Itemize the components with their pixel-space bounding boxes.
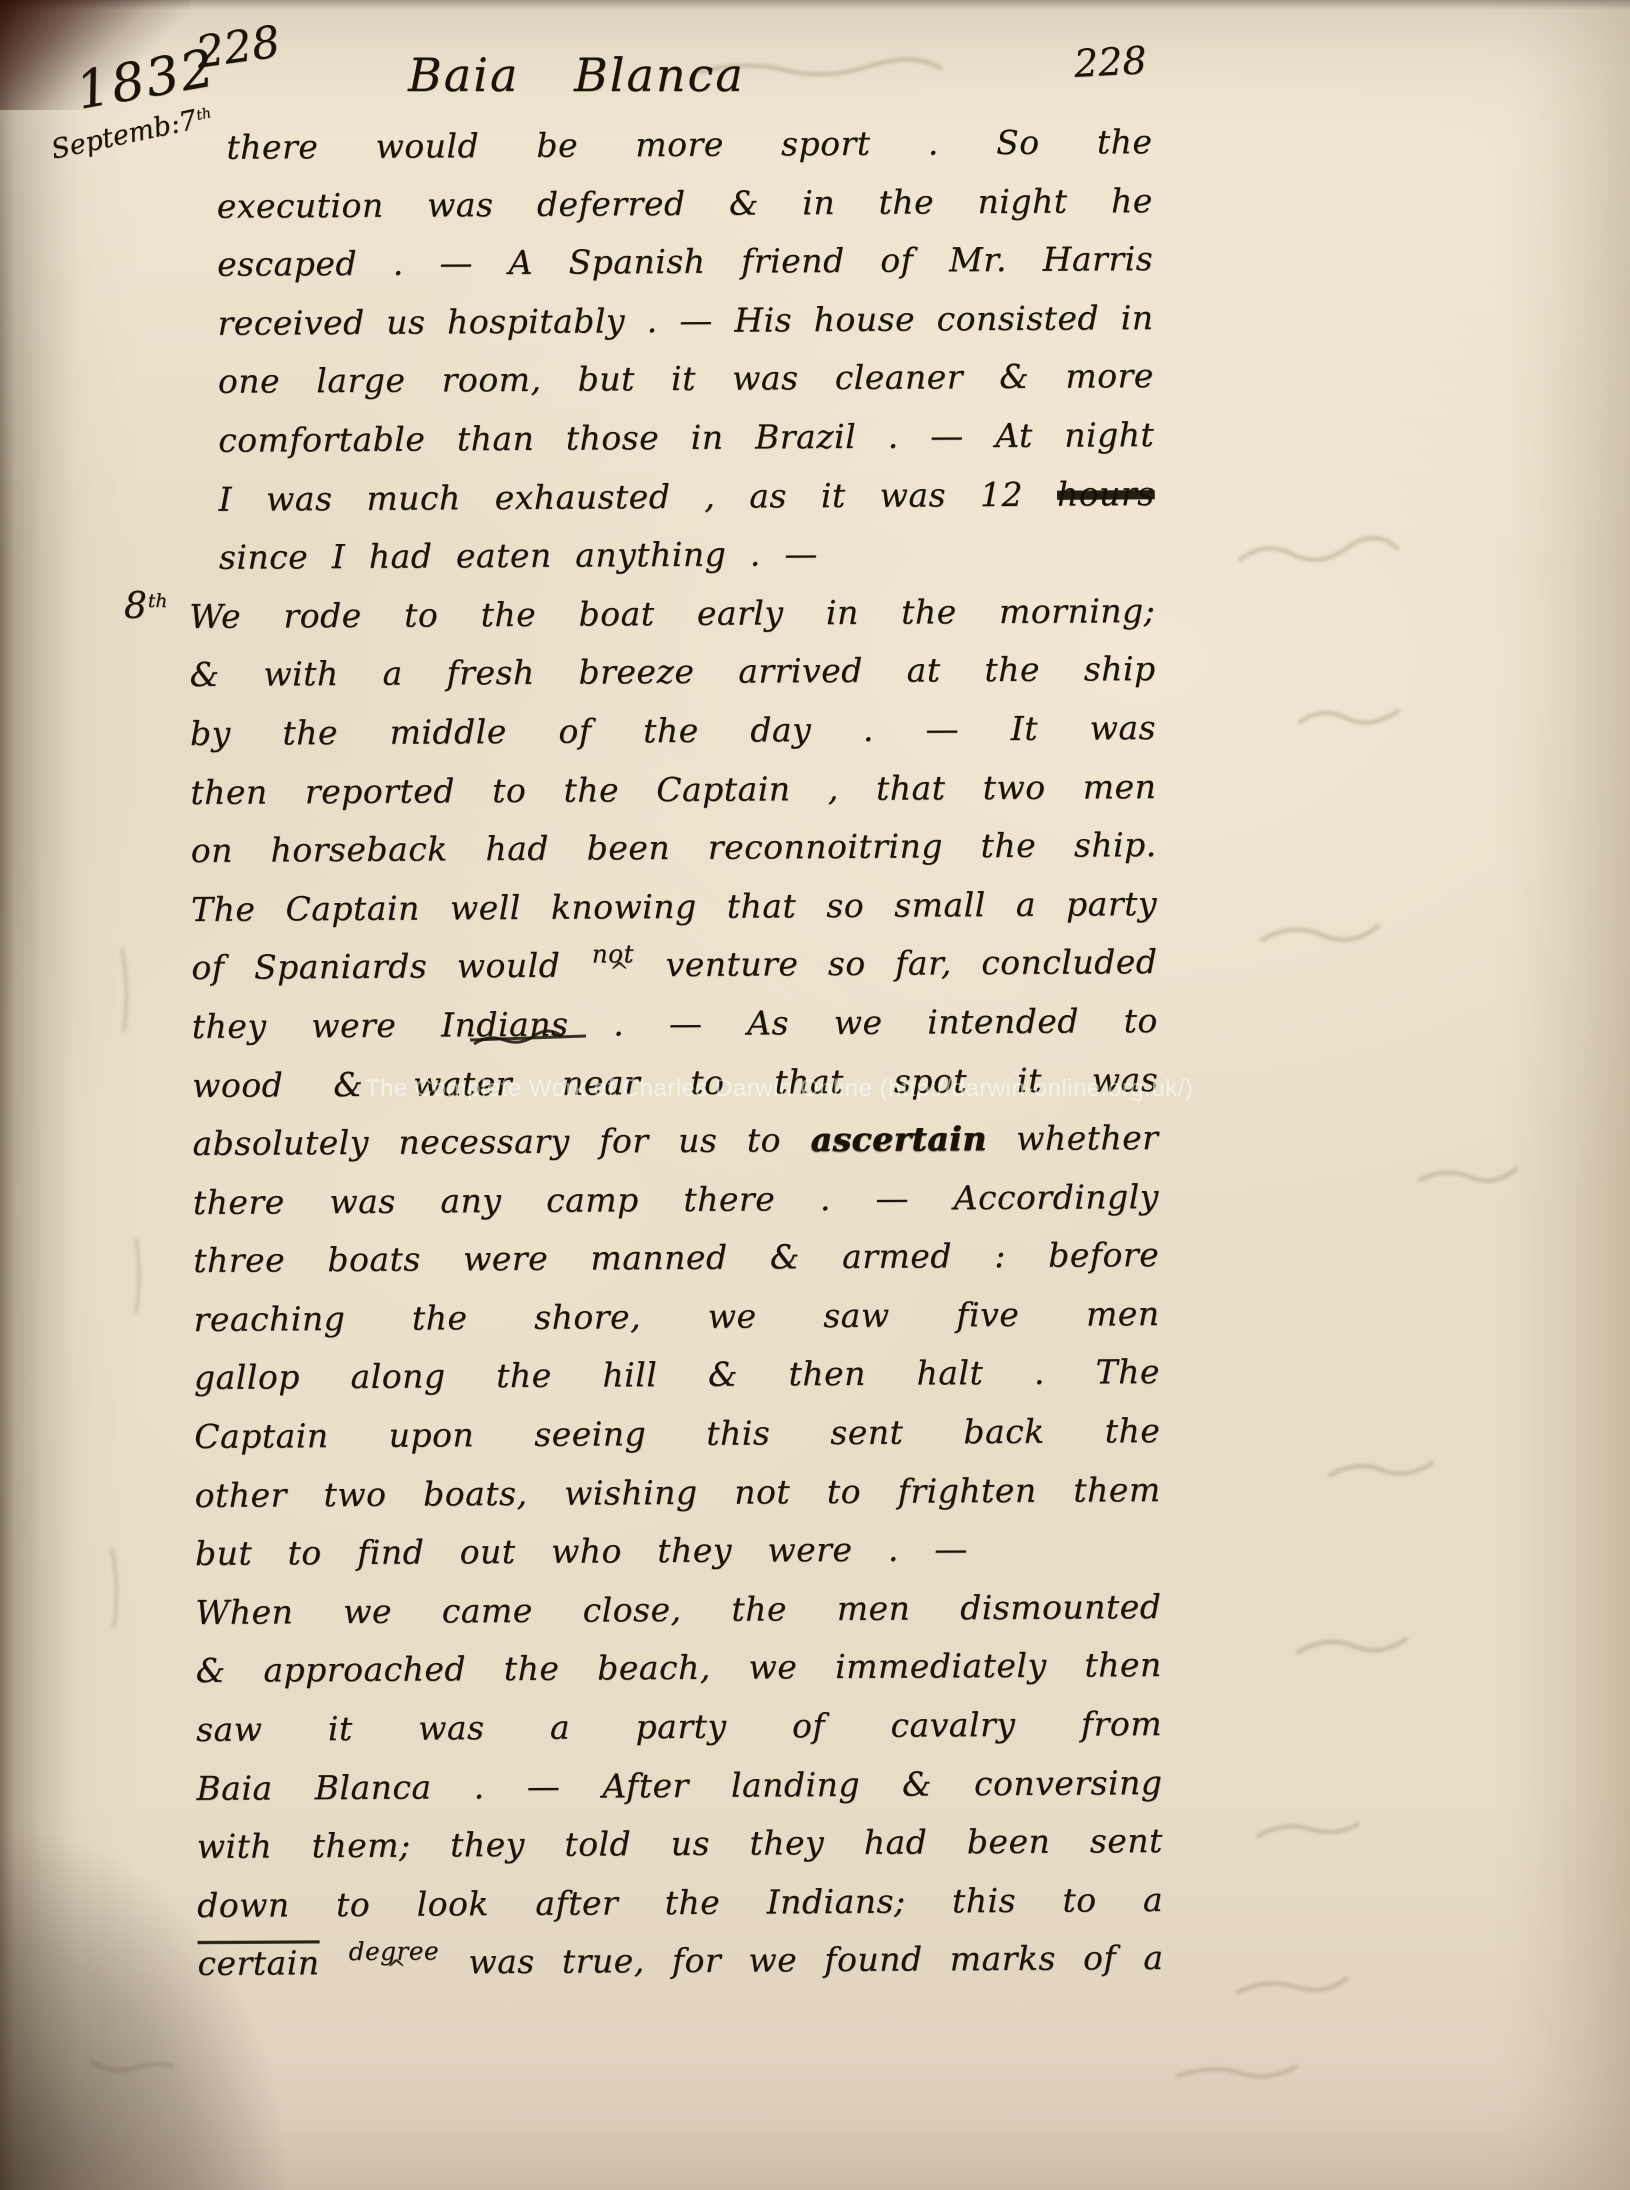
line-text: venture so far, concluded bbox=[666, 942, 1158, 984]
insertion-wrap: degree^ bbox=[347, 1943, 442, 1983]
manuscript-line: execution was deferred & in the night he bbox=[217, 172, 1153, 236]
manuscript-line: other two boats, wishing not to frighten… bbox=[195, 1461, 1161, 1525]
manuscript-line: but to find out who they were . — bbox=[195, 1520, 968, 1583]
insertion-wrap: not^ bbox=[590, 946, 637, 985]
manuscript-line: & approached the beach, we immediately t… bbox=[196, 1636, 1162, 1700]
manuscript-line: with them; they told us they had been se… bbox=[197, 1812, 1163, 1876]
manuscript-line: there was any camp there . — Accordingly bbox=[193, 1168, 1159, 1232]
manuscript-line: gallop along the hill & then halt . The bbox=[194, 1344, 1160, 1408]
caret-mark: ^ bbox=[386, 1940, 407, 1999]
margin-date-8th: 8th bbox=[124, 586, 167, 627]
manuscript-line: When we came close, the men dismounted bbox=[195, 1578, 1161, 1642]
manuscript-line: comfortable than those in Brazil . — At … bbox=[218, 406, 1154, 470]
ordinal-suffix: th bbox=[148, 591, 168, 612]
manuscript-line: saw it was a party of cavalry from bbox=[196, 1695, 1162, 1759]
manuscript-line: three boats were manned & armed : before bbox=[193, 1226, 1159, 1290]
page-edge-shadow-top bbox=[0, 0, 1630, 10]
day-number: 8 bbox=[124, 586, 147, 627]
manuscript-line: down to look after the Indians; this to … bbox=[197, 1871, 1163, 1935]
watermark: The Complete Work of Charles Darwin Onli… bbox=[365, 1075, 1193, 1103]
page-number-top-left: 228 bbox=[193, 16, 283, 78]
page-corner-shadow-top-left bbox=[0, 0, 190, 110]
page-number-top-right: 228 bbox=[1073, 38, 1148, 86]
page-corner-shadow-bottom-left bbox=[0, 1810, 300, 2190]
manuscript-line-with-insertion: of Spaniards would not^ venture so far, … bbox=[191, 933, 1157, 997]
manuscript-line: Captain upon seeing this sent back the bbox=[194, 1402, 1160, 1466]
manuscript-line: there would be more sport . So the bbox=[226, 113, 1152, 177]
line-text: of Spaniards would bbox=[191, 946, 560, 987]
caret-mark: ^ bbox=[609, 943, 630, 1002]
manuscript-line: We rode to the boat early in the morning… bbox=[189, 582, 1155, 646]
manuscript-line: one large room, but it was cleaner & mor… bbox=[218, 347, 1154, 411]
manuscript-line: & with a fresh breeze arrived at the shi… bbox=[190, 640, 1156, 704]
manuscript-line: then reported to the Captain , that two … bbox=[190, 758, 1156, 822]
manuscript-line: reaching the shore, we saw five men bbox=[193, 1285, 1159, 1349]
line-text: absolutely necessary for us to bbox=[192, 1120, 781, 1163]
manuscript-line: since I had eaten anything . — bbox=[219, 525, 818, 587]
overwritten-word: ascertain bbox=[810, 1119, 986, 1159]
manuscript-line: The Captain well knowing that so small a… bbox=[191, 875, 1157, 939]
manuscript-line-with-blot: I was much exhausted , as it was 12 hour… bbox=[218, 465, 1154, 529]
manuscript-line: escaped . — A Spanish friend of Mr. Harr… bbox=[217, 230, 1153, 294]
manuscript-line: they were Indians . — As we intended to bbox=[192, 992, 1158, 1056]
manuscript-line: on horseback had been reconnoitring the … bbox=[191, 816, 1157, 880]
ink-blot-word: hours bbox=[1057, 474, 1155, 514]
manuscript-line: by the middle of the day . — It was bbox=[190, 699, 1156, 763]
manuscript-line: Baia Blanca . — After landing & conversi… bbox=[196, 1754, 1162, 1818]
line-text: I was much exhausted , as it was 12 bbox=[218, 474, 1023, 518]
line-text: whether bbox=[1016, 1118, 1159, 1158]
manuscript-line-with-insertion: certain degree^ was true, for we found m… bbox=[197, 1929, 1163, 1993]
page-title: Baia Blanca bbox=[408, 48, 745, 102]
line-text: was true, for we found marks of a bbox=[468, 1938, 1163, 1981]
manuscript-page: 1832 228 Baia Blanca 228 Septemb:7th 8th… bbox=[0, 0, 1630, 2190]
manuscript-line-with-overwrite: absolutely necessary for us to ascertain… bbox=[192, 1109, 1158, 1173]
manuscript-line: received us hospitably . — His house con… bbox=[217, 289, 1153, 353]
month-label: Septemb: bbox=[49, 108, 183, 165]
diary-text-block: there would be more sport . So the execu… bbox=[186, 113, 1163, 1994]
